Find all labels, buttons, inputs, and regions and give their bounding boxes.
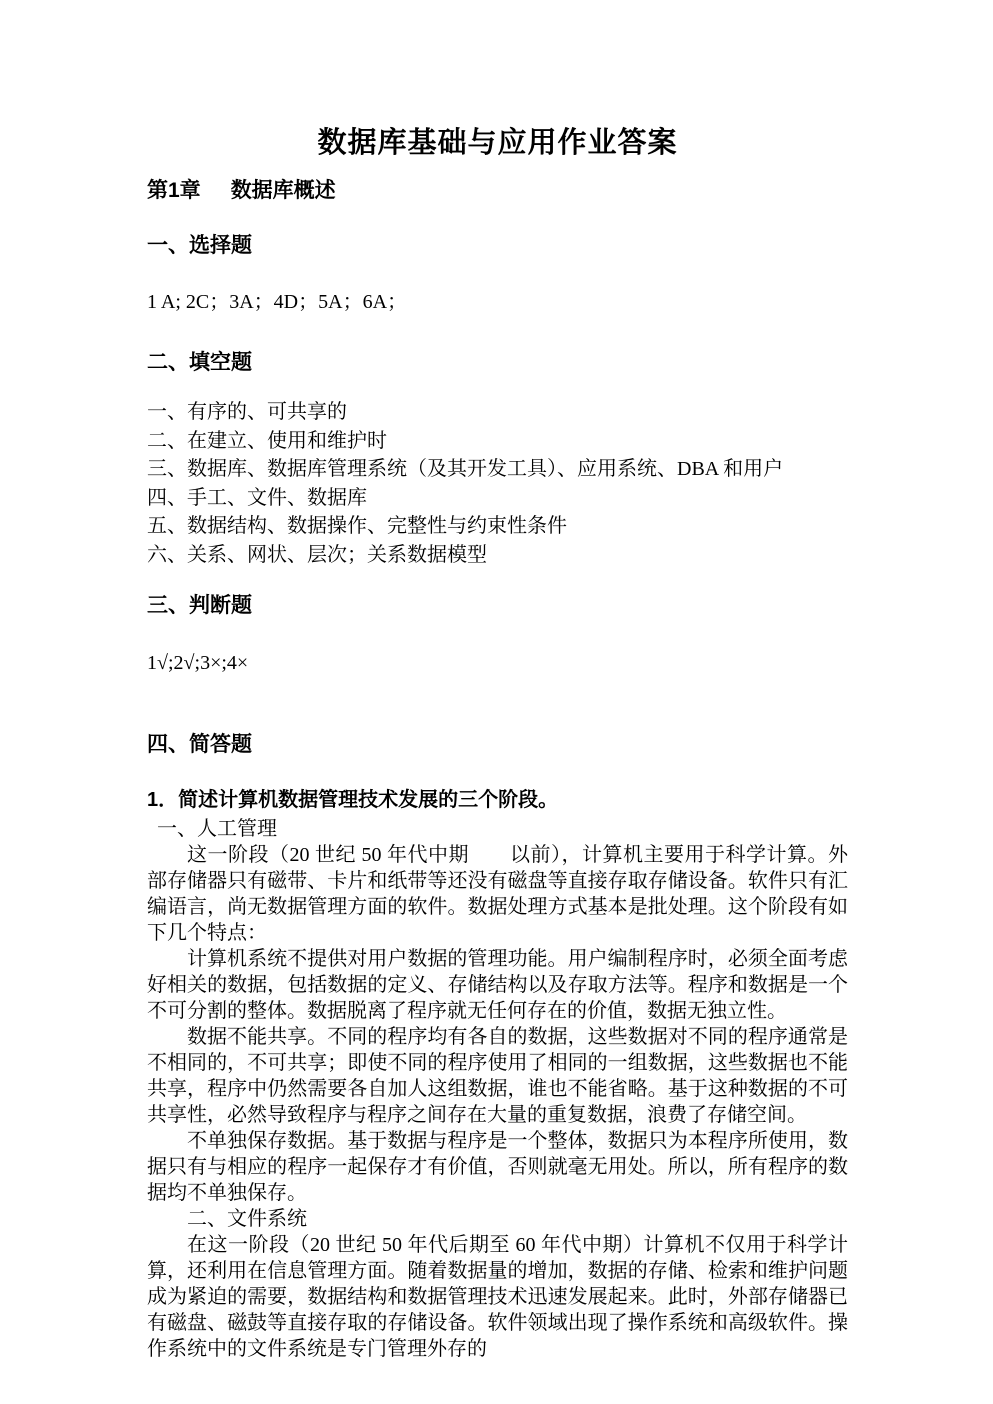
question-1-heading: 1．简述计算机数据管理技术发展的三个阶段。 — [147, 788, 848, 813]
answer-paragraph: 不单独保存数据。基于数据与程序是一个整体，数据只为本程序所使用，数据只有与相应的… — [147, 1128, 848, 1206]
choice-answers: 1 A; 2C；3A；4D；5A；6A； — [147, 290, 848, 315]
chapter-label: 第1章 — [147, 179, 201, 202]
stage-1-title: 一、人工管理 — [147, 816, 848, 842]
answer-paragraph: 在这一阶段（20 世纪 50 年代后期至 60 年代中期）计算机不仅用于科学计算… — [147, 1232, 848, 1362]
fill-answer-item: 三、数据库、数据库管理系统（及其开发工具）、应用系统、DBA 和用户 — [147, 455, 848, 484]
fill-answer-item: 六、关系、网状、层次；关系数据模型 — [147, 541, 848, 570]
document-page: 数据库基础与应用作业答案 第1章数据库概述 一、选择题 1 A; 2C；3A；4… — [0, 0, 993, 1404]
answer-paragraph: 计算机系统不提供对用户数据的管理功能。用户编制程序时，必须全面考虑好相关的数据，… — [147, 946, 848, 1024]
section-heading-choice: 一、选择题 — [147, 233, 848, 258]
stage-2-title: 二、文件系统 — [147, 1206, 848, 1232]
question-1-answer: 一、人工管理 这一阶段（20 世纪 50 年代中期 以前），计算机主要用于科学计… — [147, 816, 848, 1362]
fill-answer-item: 二、在建立、使用和维护时 — [147, 427, 848, 456]
chapter-name: 数据库概述 — [231, 179, 336, 202]
fill-answers-list: 一、有序的、可共享的 二、在建立、使用和维护时 三、数据库、数据库管理系统（及其… — [147, 398, 848, 569]
section-heading-fill: 二、填空题 — [147, 350, 848, 375]
section-heading-judge: 三、判断题 — [147, 593, 848, 618]
answer-paragraph: 这一阶段（20 世纪 50 年代中期 以前），计算机主要用于科学计算。外部存储器… — [147, 842, 848, 946]
page-content: 数据库基础与应用作业答案 第1章数据库概述 一、选择题 1 A; 2C；3A；4… — [147, 0, 848, 1362]
section-heading-short-answer: 四、简答题 — [147, 732, 848, 757]
fill-answer-item: 四、手工、文件、数据库 — [147, 484, 848, 513]
judge-answers: 1√;2√;3×;4× — [147, 651, 848, 676]
fill-answer-item: 一、有序的、可共享的 — [147, 398, 848, 427]
chapter-heading: 第1章数据库概述 — [147, 178, 848, 203]
answer-paragraph: 数据不能共享。不同的程序均有各自的数据，这些数据对不同的程序通常是不相同的，不可… — [147, 1024, 848, 1128]
document-title: 数据库基础与应用作业答案 — [147, 125, 848, 161]
fill-answer-item: 五、数据结构、数据操作、完整性与约束性条件 — [147, 512, 848, 541]
